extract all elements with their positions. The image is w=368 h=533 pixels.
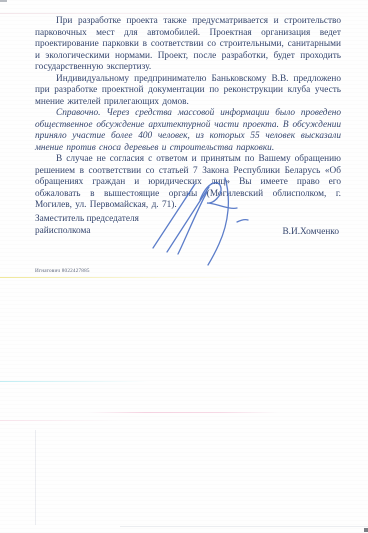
signer-position-line1: Заместитель председателя bbox=[35, 213, 139, 225]
scan-artifact-corner-bottom-right bbox=[364, 528, 368, 532]
scan-artifact-pink-line-2 bbox=[0, 420, 120, 421]
scan-artifact-top-streak bbox=[0, 13, 368, 14]
handwritten-signature bbox=[145, 170, 263, 270]
signer-position: Заместитель председателя райисполкома bbox=[35, 213, 139, 237]
scan-artifact-vertical-line bbox=[35, 430, 36, 525]
paragraph-reference-note: Справочно. Через средства массовой инфор… bbox=[35, 108, 341, 154]
scan-artifact-cyan-line bbox=[0, 381, 150, 382]
signer-position-line2: райисполкома bbox=[35, 225, 139, 237]
signer-name: В.И.Хомченко bbox=[282, 226, 341, 238]
paragraph-parking-construction: При разработке проекта также предусматри… bbox=[35, 16, 341, 74]
scan-artifact-bottom-streak bbox=[120, 526, 368, 527]
scan-artifact-yellow-line bbox=[0, 277, 258, 278]
scan-artifact-corner-top-left bbox=[0, 0, 7, 2]
executor-line: Игнатович 8022427885 bbox=[35, 268, 90, 274]
paragraph-entrepreneur-proposal: Индивидуальному предпринимателю Баньковс… bbox=[35, 74, 341, 109]
scan-artifact-pink-line-1 bbox=[88, 412, 278, 413]
scanned-letter-page: При разработке проекта также предусматри… bbox=[0, 0, 368, 533]
